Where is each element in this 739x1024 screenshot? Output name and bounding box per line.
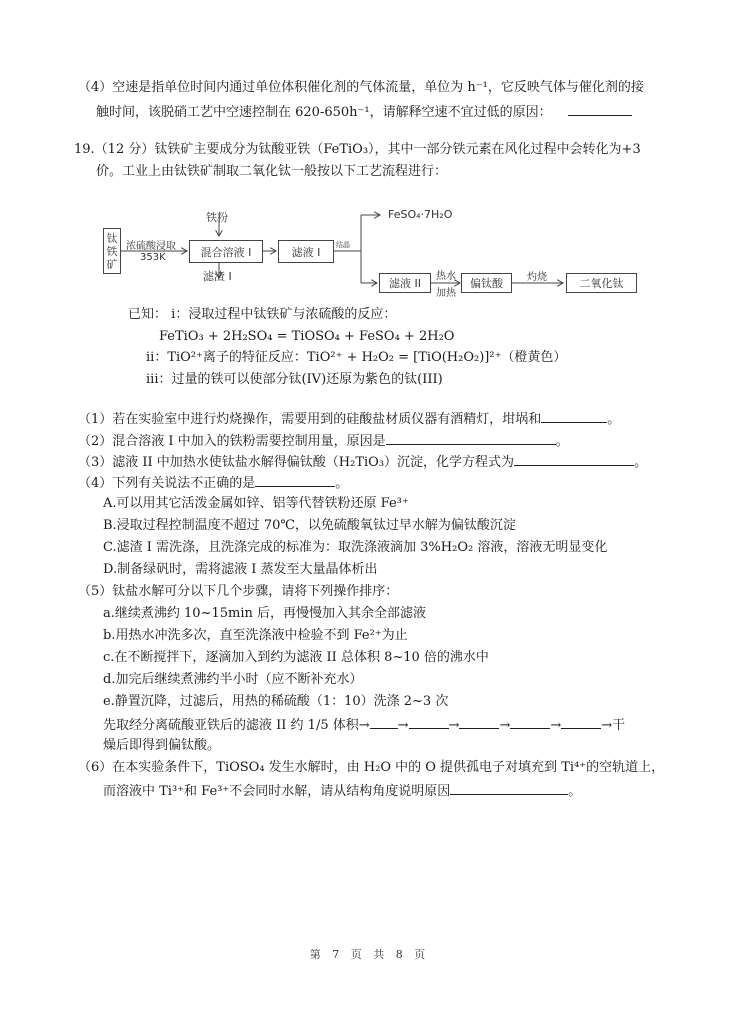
question-6-line1: （6）在本实验条件下，TiOSO₄ 发生水解时，由 H₂O 中的 O 提供孤电子… (78, 760, 664, 776)
question-2: （2）混合溶液 I 中加入的铁粉需要控制用量，原因是。 (78, 432, 569, 450)
question-3-end: 。 (634, 455, 647, 470)
question-2-end: 。 (556, 434, 569, 449)
question-2-text: （2）混合溶液 I 中加入的铁粉需要控制用量，原因是 (78, 434, 386, 449)
arrow: → (499, 718, 510, 733)
metatitanic-acid-box: 偏钛酸 (461, 273, 512, 293)
answer-blank[interactable] (568, 103, 632, 116)
sequence-blank-3[interactable] (459, 716, 499, 729)
ferrous-sulfate-product: FeSO₄·7H₂O (388, 208, 452, 221)
question-5: （5）钛盐水解可分以下几个步骤，请将下列操作排序： (78, 584, 398, 600)
sequence-line2: 燥后即得到偏钛酸。 (103, 738, 220, 754)
option-b: B.浸取过程控制温度不超过 70℃，以免硫酸氧钛过早水解为偏钛酸沉淀 (103, 518, 516, 534)
question-3-text: （3）滤液 II 中加热水使钛盐水解得偏钛酸（H₂TiO₃）沉淀，化学方程式为 (78, 455, 514, 470)
sequence-end: →干 (601, 718, 625, 733)
step-c: c.在不断搅拌下，逐滴加入到约为滤液 II 总体积 8~10 倍的沸水中 (103, 650, 489, 666)
sequence-blank-1[interactable] (370, 716, 398, 729)
filtrate1-box: 滤液 I (278, 240, 334, 263)
q18-part4-line2: 触时间，该脱硝工艺中空速控制在 620-650h⁻¹，请解释空速不宜过低的原因： (96, 103, 632, 121)
known-ii: ii：TiO²⁺离子的特征反应：TiO²⁺ + H₂O₂ = [TiO(H₂O₂… (146, 350, 566, 366)
question-1: （1）若在实验室中进行灼烧操作，需要用到的硅酸盐材质仪器有酒精灯，坩埚和。 (78, 410, 620, 428)
temperature-label: 353K (140, 252, 166, 263)
ore-box: 钛铁矿 (103, 228, 121, 274)
question-4-text: （4）下列有关说法不正确的是 (78, 476, 255, 491)
known-iii: iii：过量的铁可以使部分钛(IV)还原为紫色的钛(III) (146, 372, 443, 388)
leach-label: 浓硫酸浸取 (126, 237, 176, 252)
answer-blank[interactable] (255, 474, 335, 487)
page-footer: 第 7 页 共 8 页 (0, 946, 739, 962)
residue-label: 滤渣 I (203, 268, 232, 284)
known-label: 已知： (128, 307, 167, 322)
sequence-line: 先取经分离硫酸亚铁后的滤液 II 约 1/5 体积→→→→→→干 (103, 716, 625, 734)
known-i-text: i：浸取过程中钛铁矿与浓硫酸的反应： (171, 307, 396, 322)
option-a: A.可以用其它活泼金属如锌、铝等代替铁粉还原 Fe³⁺ (103, 496, 409, 512)
answer-blank[interactable] (450, 782, 568, 795)
option-d: D.制备绿矾时，需将滤液 I 蒸发至大量晶体析出 (103, 562, 378, 578)
arrow: → (449, 718, 460, 733)
calcine-label: 灼烧 (527, 268, 547, 283)
step-d: d.加完后继续煮沸约半小时（应不断补充水） (103, 672, 362, 688)
filtrate2-box: 滤液 II (379, 273, 431, 293)
step-b: b.用热水冲洗多次，直至洗涤液中检验不到 Fe²⁺为止 (103, 628, 408, 644)
question-3: （3）滤液 II 中加热水使钛盐水解得偏钛酸（H₂TiO₃）沉淀，化学方程式为。 (78, 453, 647, 471)
sequence-blank-4[interactable] (510, 716, 550, 729)
q19-intro-line1: 19.（12 分）钛铁矿主要成分为钛酸亚铁（FeTiO₃），其中一部分铁元素在风… (74, 142, 641, 158)
step-a: a.继续煮沸约 10~15min 后，再慢慢加入其余全部滤液 (103, 606, 426, 622)
question-6-line2: 而溶液中 Ti³⁺和 Fe³⁺不会同时水解，请从结构角度说明原因。 (103, 782, 581, 800)
answer-blank[interactable] (386, 432, 556, 445)
known-i-equation: FeTiO₃ + 2H₂SO₄ = TiOSO₄ + FeSO₄ + 2H₂O (159, 329, 454, 345)
hot-water-label: 热水 (436, 267, 456, 282)
q19-intro-line2: 价。工业上由钛铁矿制取二氧化钛一般按以下工艺流程进行： (96, 164, 447, 180)
option-c: C.滤渣 I 需洗涤，且洗涤完成的标准为：取洗涤液滴加 3%H₂O₂ 溶液，溶液… (103, 540, 607, 556)
crystallize-label: 结晶 (336, 240, 350, 250)
q18-part4-text: 触时间，该脱硝工艺中空速控制在 620-650h⁻¹，请解释空速不宜过低的原因： (96, 105, 552, 120)
mixed-solution-box: 混合溶液 I (189, 240, 263, 263)
known-i: 已知： i：浸取过程中钛铁矿与浓硫酸的反应： (128, 307, 396, 323)
question-1-end: 。 (607, 412, 620, 427)
titanium-dioxide-box: 二氧化钛 (566, 273, 637, 293)
step-e: e.静置沉降，过滤后，用热的稀硫酸（1：10）洗涤 2~3 次 (103, 694, 448, 710)
answer-blank[interactable] (541, 410, 607, 423)
iron-powder-label: 铁粉 (206, 209, 228, 225)
question-6-end: 。 (568, 784, 581, 799)
arrow: → (398, 718, 409, 733)
question-1-text: （1）若在实验室中进行灼烧操作，需要用到的硅酸盐材质仪器有酒精灯，坩埚和 (78, 412, 541, 427)
question-4: （4）下列有关说法不正确的是。 (78, 474, 348, 492)
sequence-blank-5[interactable] (561, 716, 601, 729)
q18-part4-line1: （4）空速是指单位时间内通过单位体积催化剂的气体流量，单位为 h⁻¹，它反映气体… (78, 80, 644, 96)
question-4-end: 。 (335, 476, 348, 491)
answer-blank[interactable] (514, 453, 634, 466)
heat-label: 加热 (436, 284, 456, 299)
question-6-text: 而溶液中 Ti³⁺和 Fe³⁺不会同时水解，请从结构角度说明原因 (103, 784, 450, 799)
sequence-start: 先取经分离硫酸亚铁后的滤液 II 约 1/5 体积→ (103, 718, 370, 733)
arrow: → (550, 718, 561, 733)
sequence-blank-2[interactable] (409, 716, 449, 729)
